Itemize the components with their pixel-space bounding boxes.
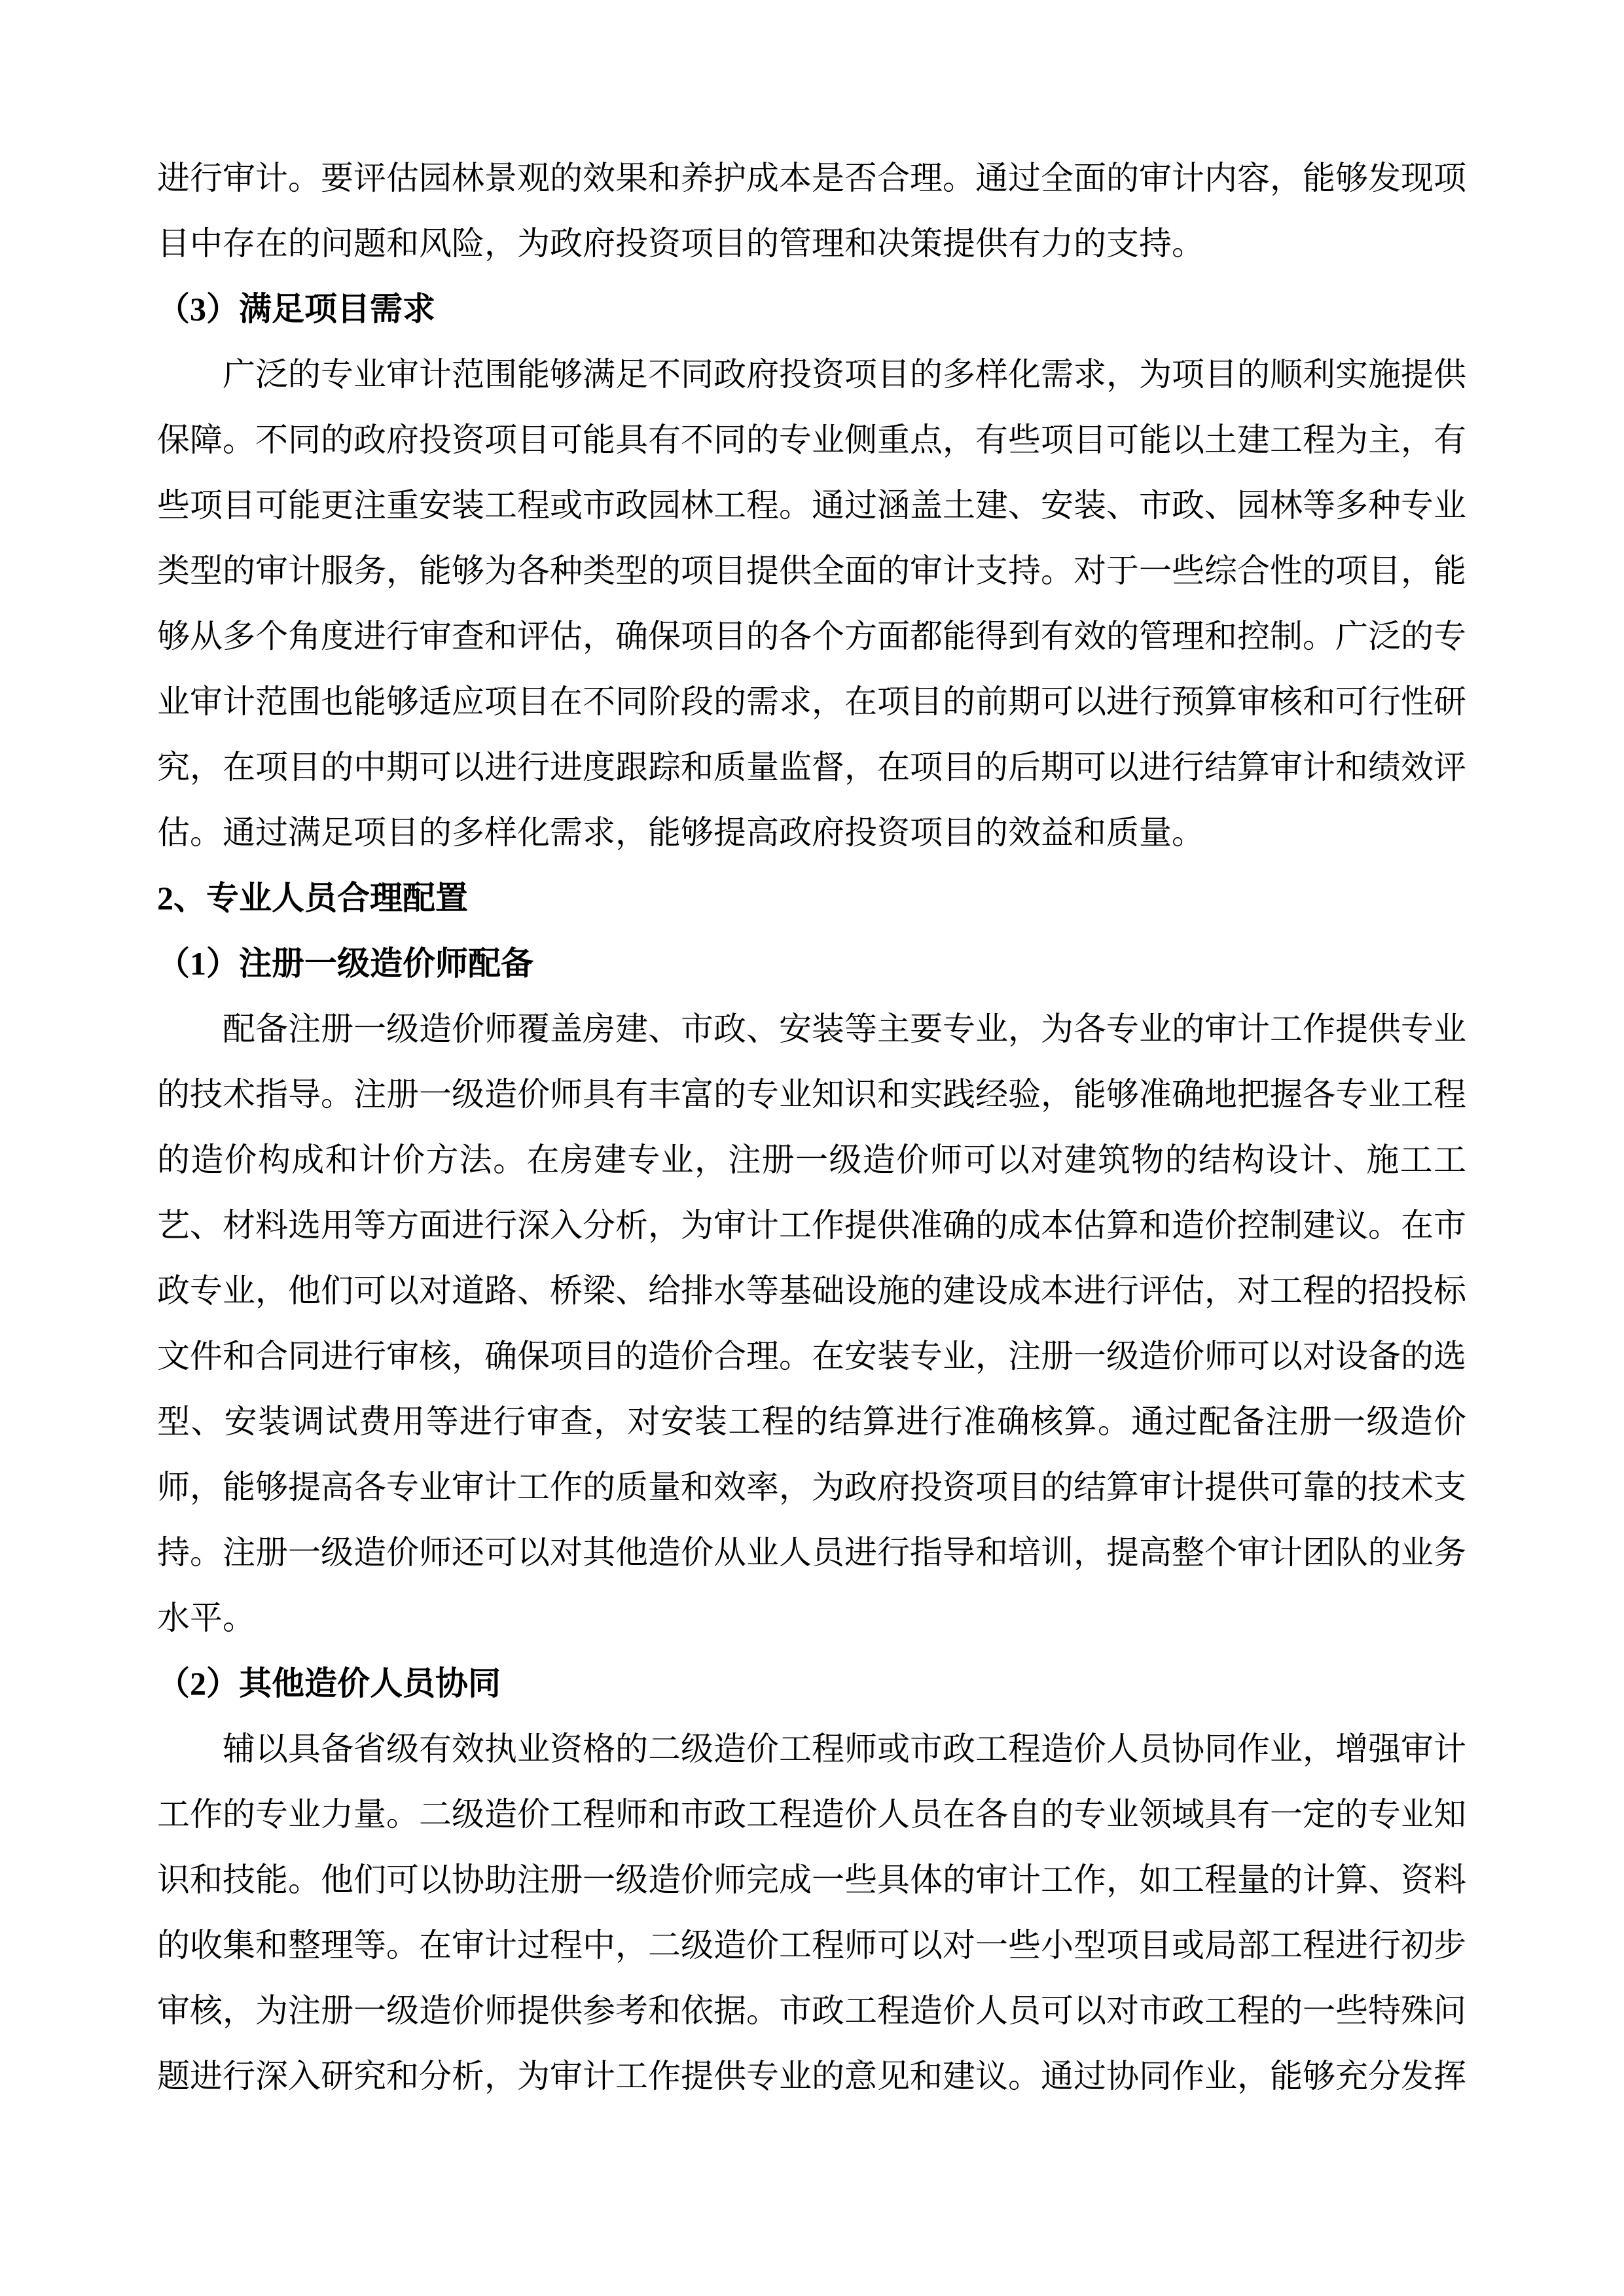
paragraph-continuation-audit-content: 进行审计。要评估园林景观的效果和养护成本是否合理。通过全面的审计内容，能够发现项… (157, 145, 1466, 276)
paragraph-other-cost-personnel: 辅以具备省级有效执业资格的二级造价工程师或市政工程造价人员协同作业，增强审计工作… (157, 1716, 1466, 2109)
heading-personnel-rational-allocation: 2、专业人员合理配置 (157, 865, 1466, 931)
document-page: 进行审计。要评估园林景观的效果和养护成本是否合理。通过全面的审计内容，能够发现项… (0, 0, 1624, 2296)
paragraph-project-needs: 广泛的专业审计范围能够满足不同政府投资项目的多样化需求，为项目的顺利实施提供保障… (157, 342, 1466, 865)
paragraph-level1-cost-engineer: 配备注册一级造价师覆盖房建、市政、安装等主要专业，为各专业的审计工作提供专业的技… (157, 996, 1466, 1651)
heading-registered-level1-cost-engineer: （1）注册一级造价师配备 (157, 931, 1466, 996)
heading-other-cost-personnel-collaboration: （2）其他造价人员协同 (157, 1651, 1466, 1716)
heading-satisfy-project-needs: （3）满足项目需求 (157, 276, 1466, 342)
